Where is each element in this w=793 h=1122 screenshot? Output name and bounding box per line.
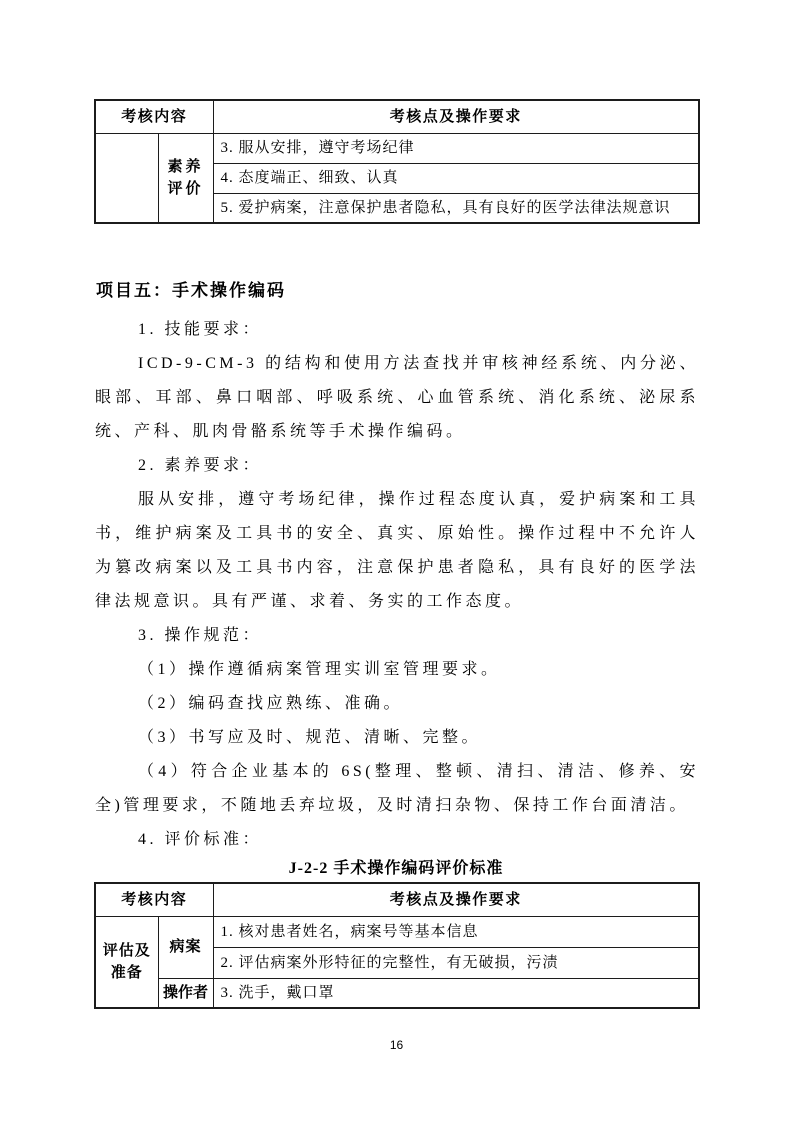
header-assessment-points: 考核点及操作要求 bbox=[213, 100, 699, 133]
paragraph-spec-2: （2）编码查找应熟练、准确。 bbox=[95, 687, 699, 721]
paragraph-quality-detail: 服从安排，遵守考场纪律，操作过程态度认真，爱护病案和工具书，维护病案及工具书的安… bbox=[95, 483, 699, 619]
empty-group-cell bbox=[95, 133, 158, 223]
table-row: 素养评价 3. 服从安排，遵守考场纪律 bbox=[95, 133, 699, 163]
paragraph-skill-detail: ICD-9-CM-3 的结构和使用方法查找并审核神经系统、内分泌、眼部、耳部、鼻… bbox=[95, 347, 699, 449]
quality-evaluation-table-continued: 考核内容 考核点及操作要求 素养评价 3. 服从安排，遵守考场纪律 4. 态度端… bbox=[94, 99, 700, 224]
quality-evaluation-label: 素养评价 bbox=[158, 133, 213, 223]
operator-label: 操作者 bbox=[158, 978, 213, 1008]
evaluation-table-caption: J-2-2 手术操作编码评价标准 bbox=[94, 855, 698, 878]
assessment-prep-label: 评估及准备 bbox=[95, 916, 158, 1008]
table-cell-item: 5. 爱护病案，注意保护患者隐私，具有良好的医学法律法规意识 bbox=[213, 193, 699, 223]
table-row: 评估及准备 病案 1. 核对患者姓名，病案号等基本信息 bbox=[95, 916, 699, 947]
paragraph-operation-specs: 3. 操作规范： bbox=[95, 619, 699, 653]
paragraph-spec-1: （1）操作遵循病案管理实训室管理要求。 bbox=[95, 653, 699, 687]
page-number: 16 bbox=[0, 1038, 793, 1052]
table-cell-item: 3. 洗手，戴口罩 bbox=[213, 978, 699, 1008]
table-header-row: 考核内容 考核点及操作要求 bbox=[95, 883, 699, 916]
header-assessment-points: 考核点及操作要求 bbox=[213, 883, 699, 916]
medical-record-label: 病案 bbox=[158, 916, 213, 978]
table-cell-item: 3. 服从安排，遵守考场纪律 bbox=[213, 133, 699, 163]
document-page: 考核内容 考核点及操作要求 素养评价 3. 服从安排，遵守考场纪律 4. 态度端… bbox=[0, 0, 793, 1122]
header-assessment-content: 考核内容 bbox=[95, 100, 213, 133]
header-assessment-content: 考核内容 bbox=[95, 883, 213, 916]
table-cell-item: 4. 态度端正、细致、认真 bbox=[213, 163, 699, 193]
paragraph-quality-requirements: 2. 素养要求： bbox=[95, 449, 699, 483]
table-row: 操作者 3. 洗手，戴口罩 bbox=[95, 978, 699, 1008]
surgical-coding-evaluation-table: 考核内容 考核点及操作要求 评估及准备 病案 1. 核对患者姓名，病案号等基本信… bbox=[94, 882, 700, 1009]
paragraph-spec-3: （3）书写应及时、规范、清晰、完整。 bbox=[95, 721, 699, 755]
table-header-row: 考核内容 考核点及操作要求 bbox=[95, 100, 699, 133]
table-cell-item: 2. 评估病案外形特征的完整性，有无破损，污渍 bbox=[213, 947, 699, 978]
section-heading: 项目五：手术操作编码 bbox=[96, 276, 286, 301]
table-cell-item: 1. 核对患者姓名，病案号等基本信息 bbox=[213, 916, 699, 947]
paragraph-evaluation-standard: 4. 评价标准： bbox=[95, 823, 699, 857]
paragraph-skill-requirements: 1. 技能要求： bbox=[95, 313, 699, 347]
section-body: 1. 技能要求： ICD-9-CM-3 的结构和使用方法查找并审核神经系统、内分… bbox=[95, 313, 699, 857]
paragraph-spec-4: （4）符合企业基本的 6S(整理、整顿、清扫、清洁、修养、安全)管理要求，不随地… bbox=[95, 755, 699, 823]
